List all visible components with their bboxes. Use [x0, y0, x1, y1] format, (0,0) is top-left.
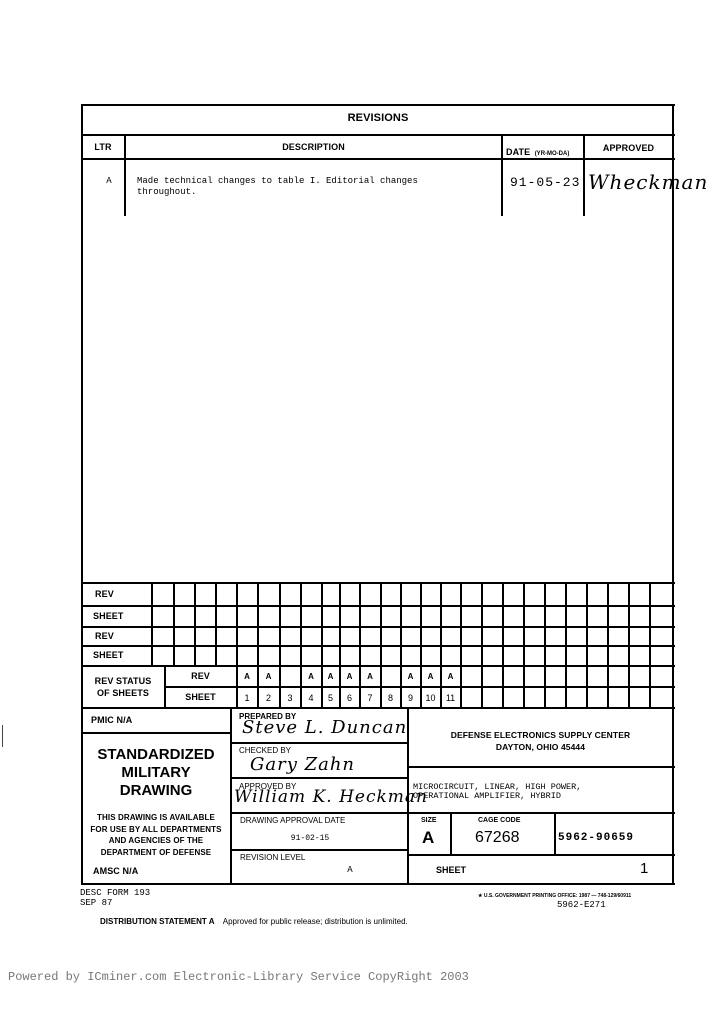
revision-level: A [300, 865, 400, 875]
scan-mark [2, 725, 3, 747]
sheet-number-cell: 4 [301, 688, 321, 707]
cage-code-label: CAGE CODE [478, 817, 520, 824]
rev-status-label: REV STATUS OF SHEETS [81, 675, 165, 699]
revision-level-label: REVISION LEVEL [240, 853, 305, 862]
divider [554, 812, 556, 855]
divider [544, 582, 546, 708]
divider [81, 134, 675, 136]
sheet-number-cell: 3 [280, 688, 300, 707]
divider [230, 777, 409, 779]
sheet-rev-cell [280, 667, 300, 686]
availability-line: DEPARTMENT OF DEFENSE [81, 847, 231, 859]
form-number-line: SEP 87 [80, 898, 150, 908]
title-line: DRAWING [81, 782, 231, 800]
sheet-rev-cell: A [421, 667, 440, 686]
divider [81, 732, 231, 734]
approval-date-label: DRAWING APPROVAL DATE [240, 816, 345, 825]
drawing-description: MICROCIRCUIT, LINEAR, HIGH POWER, OPERAT… [413, 783, 581, 801]
date-header: DATE (YR-MO-DA) [506, 142, 586, 160]
sheet-rev-cell: A [258, 667, 279, 686]
availability-line: THIS DRAWING IS AVAILABLE [81, 812, 231, 824]
divider [460, 582, 462, 708]
title-line: STANDARDIZED [81, 746, 231, 764]
rev-status-label-line: REV STATUS [81, 675, 165, 687]
divider [565, 582, 567, 708]
size-label: SIZE [421, 817, 437, 824]
sheet-number-cell: 10 [421, 688, 440, 707]
sheet-rev-cell: A [401, 667, 420, 686]
sheet-label: SHEET [436, 865, 466, 875]
sheet-rev-cell: A [360, 667, 380, 686]
sheet-number: 1 [640, 860, 648, 877]
approval-date: 91-02-15 [230, 834, 390, 843]
divider [408, 854, 675, 856]
standardized-military-drawing-title: STANDARDIZED MILITARY DRAWING [81, 746, 231, 800]
rev-row-label: REV [95, 631, 114, 641]
availability-line: AND AGENCIES OF THE [81, 835, 231, 847]
divider [523, 582, 525, 708]
form-number: DESC FORM 193 SEP 87 [80, 888, 150, 908]
divider [151, 582, 153, 666]
sheet-number-cell: 11 [441, 688, 460, 707]
availability-line: FOR USE BY ALL DEPARTMENTS [81, 824, 231, 836]
revision-description-line: throughout. [137, 187, 418, 198]
status-sheet-label: SHEET [165, 692, 236, 702]
pmic-label: PMIC N/A [91, 715, 132, 725]
sheet-rev-cell: A [301, 667, 321, 686]
sheet-number-cell: 6 [340, 688, 359, 707]
distribution-statement: DISTRIBUTION STATEMENT A Approved for pu… [100, 917, 408, 926]
date-header-label: DATE [506, 147, 530, 157]
agency-line: DAYTON, OHIO 45444 [408, 741, 673, 753]
divider [586, 582, 588, 708]
distribution-text: Approved for public release; distributio… [223, 917, 408, 926]
divider [607, 582, 609, 708]
approved-by-signature: William K. Heckman [234, 787, 428, 807]
frame-bottom-border [81, 883, 675, 885]
agency-name: DEFENSE ELECTRONICS SUPPLY CENTER DAYTON… [408, 729, 673, 753]
agency-line: DEFENSE ELECTRONICS SUPPLY CENTER [408, 729, 673, 741]
revision-date: 91-05-23 [510, 175, 580, 190]
drawing-number: 5962-90659 [558, 832, 634, 844]
divider [194, 582, 196, 666]
divider [230, 742, 409, 744]
divider [215, 582, 217, 666]
divider [502, 582, 504, 708]
revision-description-line: Made technical changes to table I. Edito… [137, 176, 418, 187]
revisions-title: REVISIONS [81, 112, 675, 124]
date-format-label: (YR-MO-DA) [535, 151, 570, 157]
sheet-rev-cell: A [340, 667, 359, 686]
document-code: 5962-E271 [557, 900, 606, 910]
amsc-label: AMSC N/A [93, 866, 138, 876]
sheet-rev-cell: A [237, 667, 257, 686]
cage-code-value: 67268 [475, 829, 520, 847]
divider [649, 582, 651, 708]
divider [481, 582, 483, 708]
checked-by-signature: Gary Zahn [250, 754, 355, 775]
rev-status-label-line: OF SHEETS [81, 687, 165, 699]
description-header: DESCRIPTION [125, 142, 502, 152]
sheet-rev-cell: A [322, 667, 339, 686]
rev-row-label: REV [95, 589, 114, 599]
size-value: A [422, 828, 434, 848]
revision-letter: A [81, 176, 137, 186]
revision-description: Made technical changes to table I. Edito… [137, 176, 418, 198]
divider [230, 812, 675, 814]
powered-by-watermark: Powered by ICminer.com Electronic-Librar… [8, 970, 469, 984]
ltr-header: LTR [81, 142, 125, 152]
title-line: MILITARY [81, 764, 231, 782]
sheet-number-cell: 5 [322, 688, 339, 707]
approved-header: APPROVED [584, 143, 673, 153]
sheet-number-cell: 9 [401, 688, 420, 707]
gpo-notice: ★ U.S. GOVERNMENT PRINTING OFFICE: 1987 … [478, 893, 631, 899]
sheet-number-cell: 8 [381, 688, 400, 707]
drawing-description-line: OPERATIONAL AMPLIFIER, HYBRID [413, 792, 581, 801]
availability-statement: THIS DRAWING IS AVAILABLE FOR USE BY ALL… [81, 812, 231, 858]
sheet-number-cell: 1 [237, 688, 257, 707]
frame-top-border [81, 104, 675, 106]
divider [173, 582, 175, 666]
divider [450, 812, 452, 855]
sheet-rev-cell [381, 667, 400, 686]
divider [628, 582, 630, 708]
sheet-row-label: SHEET [93, 611, 124, 621]
divider [230, 849, 409, 851]
divider [408, 766, 675, 768]
distribution-label: DISTRIBUTION STATEMENT A [100, 917, 215, 926]
sheet-row-label: SHEET [93, 650, 124, 660]
approved-signature: Wheckman [588, 170, 708, 194]
form-number-line: DESC FORM 193 [80, 888, 150, 898]
sheet-number-cell: 7 [360, 688, 380, 707]
status-rev-label: REV [165, 671, 236, 681]
sheet-number-cell: 2 [258, 688, 279, 707]
sheet-rev-cell: A [441, 667, 460, 686]
prepared-by-signature: Steve L. Duncan [242, 717, 407, 738]
